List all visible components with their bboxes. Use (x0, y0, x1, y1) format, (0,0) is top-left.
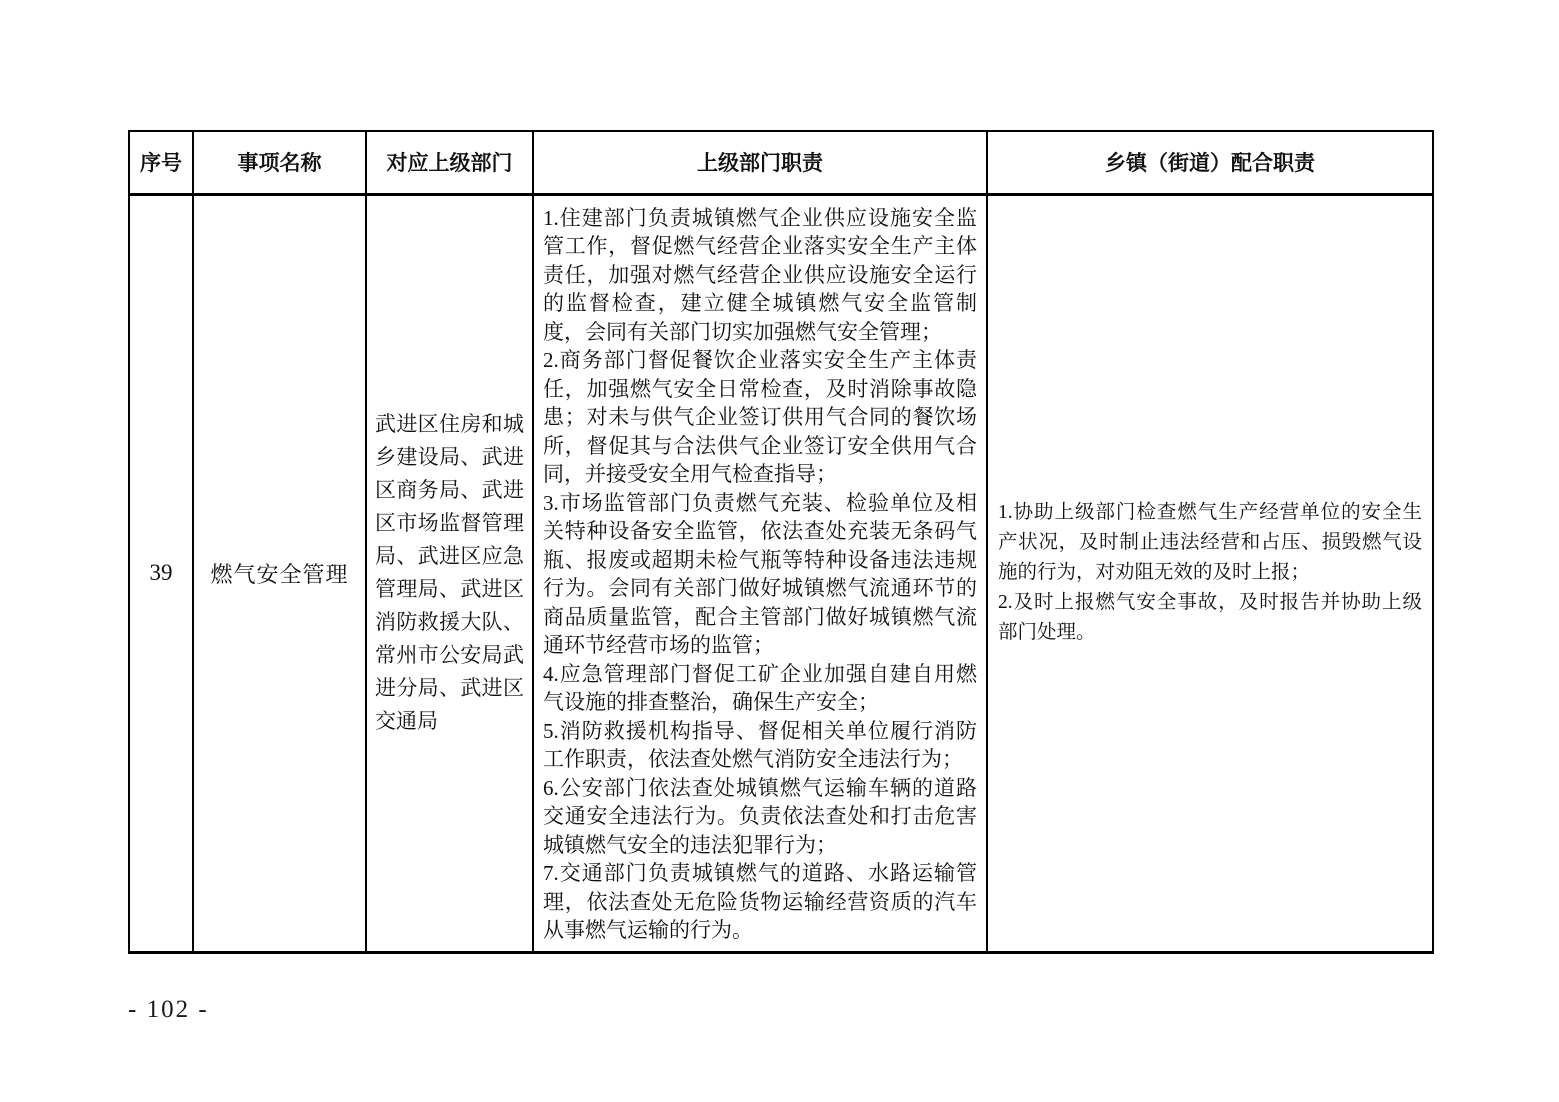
township-duty-paragraph-2: 2.及时上报燃气安全事故，及时报告并协助上级部门处理。 (998, 588, 1422, 648)
page-number: - 102 - (128, 996, 209, 1024)
header-cell-departments: 对应上级部门 (366, 131, 533, 194)
superior-duty-paragraph-2: 2.商务部门督促餐饮企业落实安全生产主体责任，加强燃气安全日常检查，及时消除事故… (543, 346, 977, 489)
header-cell-serial: 序号 (129, 131, 193, 194)
cell-item-name: 燃气安全管理 (193, 194, 366, 952)
superior-duty-paragraph-4: 4.应急管理部门督促工矿企业加强自建自用燃气设施的排查整治，确保生产安全； (543, 660, 977, 717)
header-cell-township-duties: 乡镇（街道）配合职责 (987, 131, 1433, 194)
departments-text: 武进区住房和城乡建设局、武进区商务局、武进区市场监督管理局、武进区应急管理局、武… (375, 408, 524, 738)
header-cell-superior-duties: 上级部门职责 (533, 131, 987, 194)
superior-duty-paragraph-6: 6.公安部门依法查处城镇燃气运输车辆的道路交通安全违法行为。负责依法查处和打击危… (543, 774, 977, 860)
table-row: 39 燃气安全管理 武进区住房和城乡建设局、武进区商务局、武进区市场监督管理局、… (129, 194, 1433, 952)
document-page: 序号 事项名称 对应上级部门 上级部门职责 乡镇（街道）配合职责 39 燃气安全… (0, 0, 1559, 1102)
superior-duty-paragraph-1: 1.住建部门负责城镇燃气企业供应设施安全监管工作，督促燃气经营企业落实安全生产主… (543, 204, 977, 347)
superior-duty-paragraph-3: 3.市场监管部门负责燃气充装、检验单位及相关特种设备安全监管，依法查处充装无条码… (543, 489, 977, 660)
township-duty-paragraph-1: 1.协助上级部门检查燃气生产经营单位的安全生产状况，及时制止违法经营和占压、损毁… (998, 498, 1422, 588)
superior-duty-paragraph-7: 7.交通部门负责城镇燃气的道路、水路运输管理，依法查处无危险货物运输经营资质的汽… (543, 859, 977, 945)
table-header-row: 序号 事项名称 对应上级部门 上级部门职责 乡镇（街道）配合职责 (129, 131, 1433, 194)
superior-duty-paragraph-5: 5.消防救援机构指导、督促相关单位履行消防工作职责，依法查处燃气消防安全违法行为… (543, 717, 977, 774)
cell-superior-duties: 1.住建部门负责城镇燃气企业供应设施安全监管工作，督促燃气经营企业落实安全生产主… (533, 194, 987, 952)
cell-departments: 武进区住房和城乡建设局、武进区商务局、武进区市场监督管理局、武进区应急管理局、武… (366, 194, 533, 952)
cell-serial-number: 39 (129, 194, 193, 952)
responsibility-table: 序号 事项名称 对应上级部门 上级部门职责 乡镇（街道）配合职责 39 燃气安全… (128, 130, 1434, 954)
header-cell-item-name: 事项名称 (193, 131, 366, 194)
cell-township-duties: 1.协助上级部门检查燃气生产经营单位的安全生产状况，及时制止违法经营和占压、损毁… (987, 194, 1433, 952)
